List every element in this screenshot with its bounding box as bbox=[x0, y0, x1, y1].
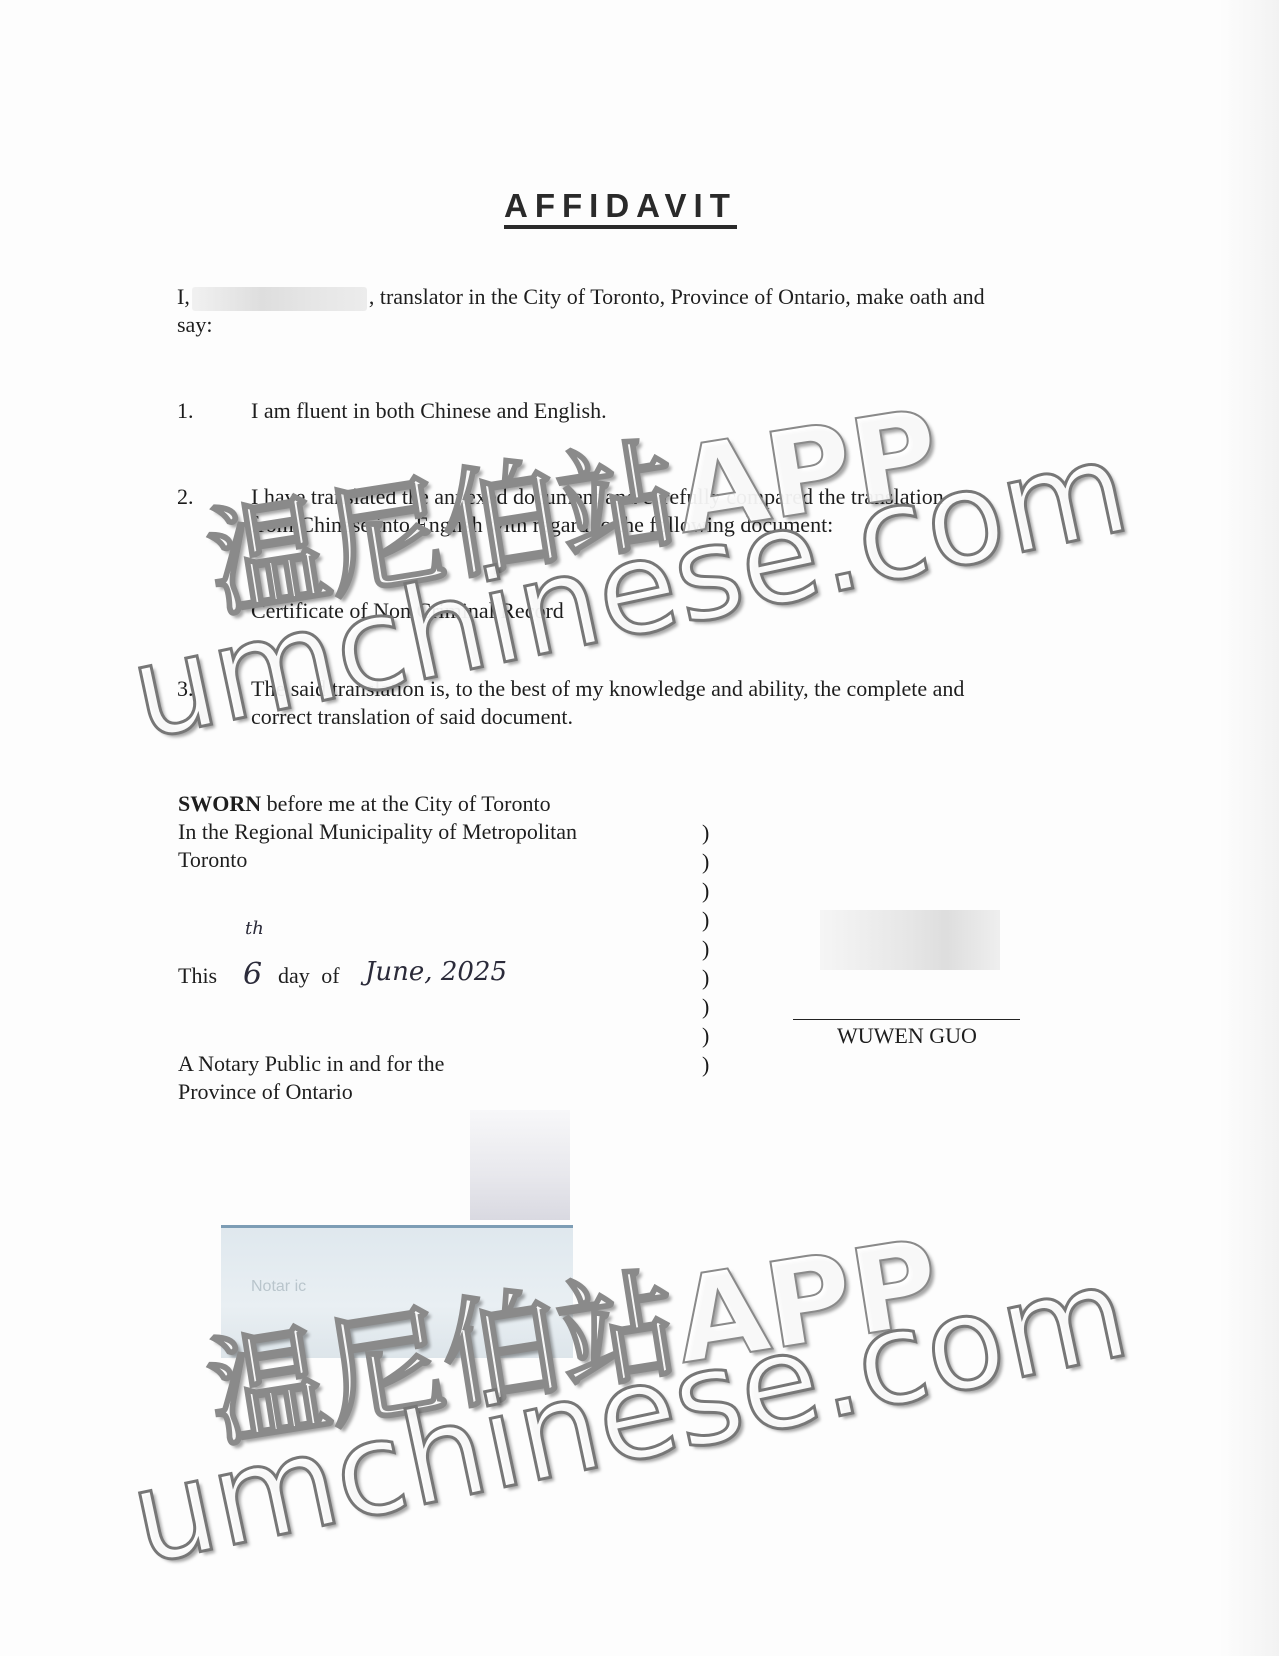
intro-suffix: , translator in the City of Toronto, Pro… bbox=[369, 284, 985, 309]
sworn-line-3: Toronto bbox=[178, 846, 247, 874]
paren-2: ) bbox=[702, 847, 709, 876]
paren-6: ) bbox=[702, 963, 709, 992]
paren-8: ) bbox=[702, 1021, 709, 1050]
date-day-of: day of bbox=[278, 962, 340, 990]
paren-3: ) bbox=[702, 876, 709, 905]
document-title: AFFIDAVIT bbox=[504, 188, 737, 229]
item-number-2: 2. bbox=[177, 483, 194, 511]
item-number-1: 1. bbox=[177, 397, 194, 425]
sworn-line-2: In the Regional Municipality of Metropol… bbox=[178, 818, 577, 846]
date-this: This bbox=[178, 962, 217, 990]
handwritten-month-year: June, 2025 bbox=[365, 957, 507, 987]
paren-9: ) bbox=[702, 1050, 709, 1079]
paren-4: ) bbox=[702, 905, 709, 934]
redacted-signature bbox=[820, 910, 1000, 970]
intro-line-2: say: bbox=[177, 311, 212, 339]
handwritten-day: 6 bbox=[243, 957, 262, 992]
sworn-bold: SWORN bbox=[178, 791, 261, 816]
handwritten-day-suffix: th bbox=[245, 918, 264, 939]
intro-line: I,, translator in the City of Toronto, P… bbox=[177, 283, 985, 311]
document-page: AFFIDAVIT I,, translator in the City of … bbox=[0, 0, 1279, 1656]
paren-7: ) bbox=[702, 992, 709, 1021]
sworn-rest: before me at the City of Toronto bbox=[261, 791, 550, 816]
signature-line bbox=[793, 1019, 1020, 1020]
notary-line-2: Province of Ontario bbox=[178, 1078, 353, 1106]
page-edge-shadow bbox=[1219, 0, 1279, 1656]
redacted-translator-name bbox=[192, 287, 367, 311]
redacted-notary-signature bbox=[470, 1110, 570, 1220]
intro-prefix: I, bbox=[177, 284, 190, 309]
signatory-name: WUWEN GUO bbox=[837, 1022, 977, 1050]
paren-1: ) bbox=[702, 818, 709, 847]
sworn-line-1: SWORN before me at the City of Toronto bbox=[178, 790, 551, 818]
paren-5: ) bbox=[702, 934, 709, 963]
notary-line-1: A Notary Public in and for the bbox=[178, 1050, 444, 1078]
